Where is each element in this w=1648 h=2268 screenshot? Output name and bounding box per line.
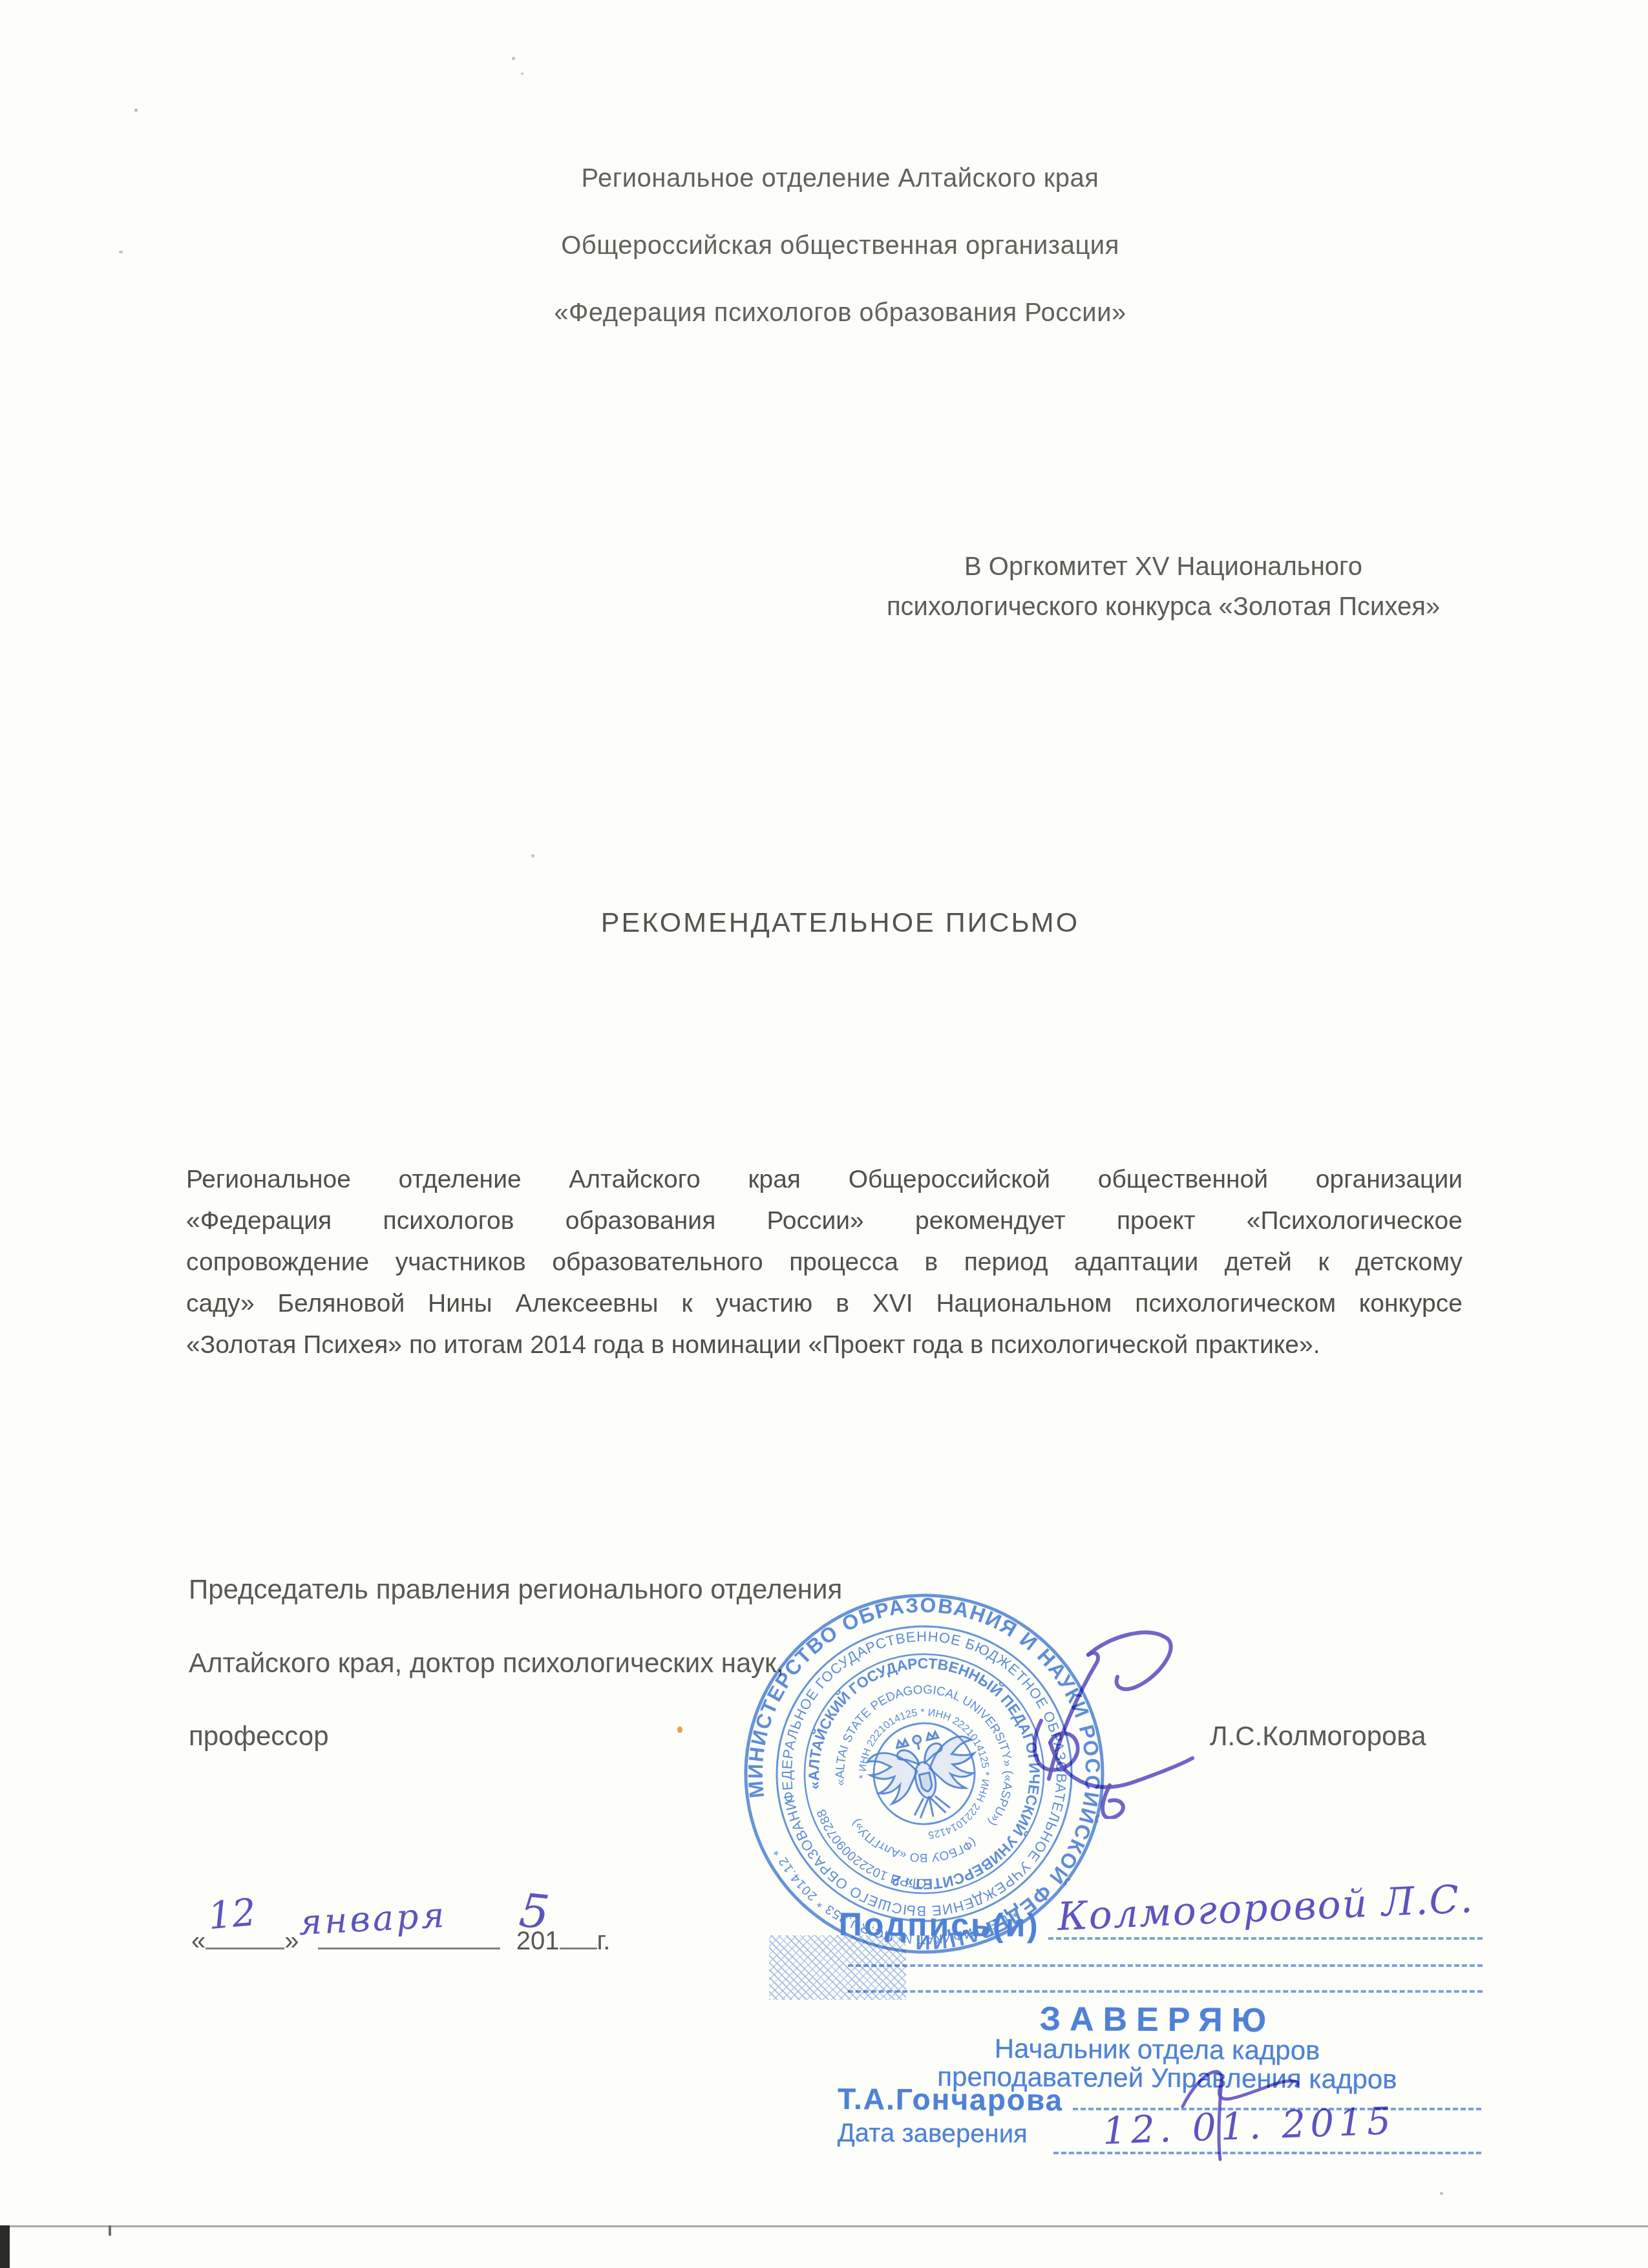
dust-speck	[521, 72, 523, 75]
date-year-suffix: г.	[597, 1927, 611, 1955]
letter-header: Региональное отделение Алтайского края О…	[0, 145, 1648, 346]
dust-speck	[531, 854, 534, 857]
addressee-line-1: В Оргкомитет XV Национального	[860, 547, 1467, 587]
handwritten-month: января	[298, 1895, 448, 1943]
certification-stamp-block: Подпись(и) ЗАВЕРЯЮ Начальник отдела кадр…	[847, 0, 1486, 2]
scanned-letter-page: Региональное отделение Алтайского края О…	[0, 0, 1648, 2268]
certifier-name: Т.А.Гончарова	[838, 2081, 1063, 2117]
addressee-line-2: психологического конкурса «Золотая Психе…	[860, 587, 1467, 627]
dust-speck	[1440, 2192, 1443, 2195]
handwritten-year-digit: 5	[517, 1883, 552, 1940]
body-line: «Золотая Психея» по итогам 2014 года в н…	[186, 1325, 1463, 1366]
body-line: сопровождение участников образовательног…	[186, 1242, 1463, 1283]
stamp-rule	[848, 1964, 1483, 1967]
date-close-quote: »	[284, 1927, 299, 1955]
scan-corner-block	[0, 2225, 10, 2268]
signoff-line-2: Алтайского края, доктор психологических …	[189, 1648, 784, 1679]
signature-rule	[1048, 1937, 1483, 1940]
body-line: саду» Беляновой Нины Алексеевны к участи…	[186, 1283, 1463, 1325]
chairman-signature-scribble	[1018, 1625, 1199, 1819]
signature-label: Подпись(и)	[839, 1906, 1040, 1944]
certifier-signature-scribble	[1144, 2042, 1338, 2171]
signer-name: Л.С.Колмогорова	[1210, 1721, 1426, 1752]
scan-edge-line	[0, 2225, 1648, 2227]
date-open-quote: «	[191, 1927, 206, 1955]
body-line: «Федерация психологов образования России…	[186, 1201, 1463, 1242]
scan-tick	[109, 2225, 111, 2236]
header-line-3: «Федерация психологов образования России…	[0, 279, 1648, 346]
signoff-line-3: профессор	[189, 1721, 329, 1752]
dust-speck	[512, 57, 515, 60]
ink-speck	[677, 1727, 682, 1733]
handwritten-day: 12	[206, 1890, 257, 1938]
document-title: РЕКОМЕНДАТЕЛЬНОЕ ПИСЬМО	[0, 907, 1648, 939]
stamp-rule	[848, 1990, 1483, 1993]
header-line-2: Общероссийская общественная организация	[0, 212, 1648, 279]
dust-speck	[119, 251, 123, 253]
certification-date-label: Дата заверения	[838, 2119, 1028, 2149]
body-paragraph: Региональное отделение Алтайского края О…	[186, 1159, 1463, 1366]
dust-speck	[134, 109, 138, 112]
signoff-line-1: Председатель правления регионального отд…	[189, 1574, 842, 1605]
header-line-1: Региональное отделение Алтайского края	[0, 145, 1648, 212]
addressee-block: В Оргкомитет XV Национального психологич…	[860, 547, 1467, 627]
body-line: Региональное отделение Алтайского края О…	[186, 1159, 1463, 1201]
